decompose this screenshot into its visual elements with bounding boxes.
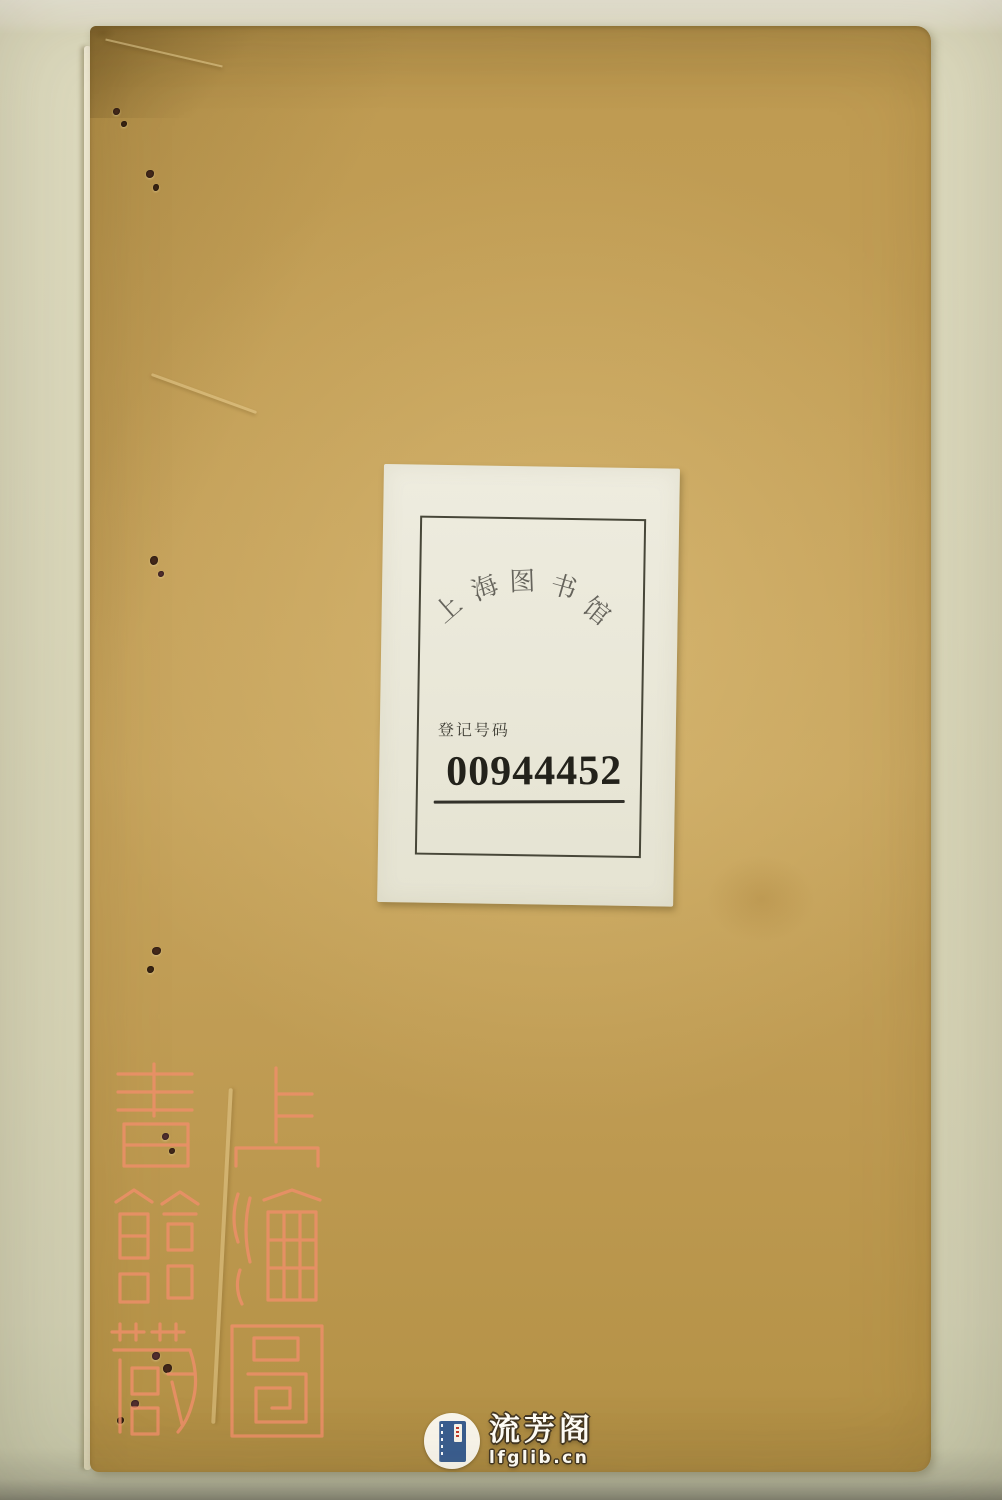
library-collection-seal [98, 1052, 336, 1444]
seal-char-shang [236, 1068, 318, 1166]
site-watermark: 流芳阁 lfglib.cn [424, 1413, 594, 1469]
seal-char-guan [116, 1190, 198, 1302]
seal-char-shu [118, 1064, 192, 1166]
registration-caption: 登记号码 [438, 717, 510, 740]
binding-hole [153, 184, 159, 191]
crumpled-corner [90, 26, 285, 118]
library-registration-label: 上 海 图 书 馆 登记号码 00944452 [377, 464, 680, 907]
binding-hole [150, 556, 158, 565]
site-url: lfglib.cn [489, 1448, 594, 1468]
book-title-slip-icon [454, 1424, 462, 1442]
registration-number: 00944452 [446, 747, 622, 796]
seal-char-tu [232, 1326, 322, 1436]
binding-hole [146, 170, 154, 178]
seal-glyphs [98, 1052, 336, 1444]
seal-char-hai [234, 1190, 320, 1304]
book-logo-icon [439, 1421, 466, 1462]
binding-hole [158, 571, 164, 577]
binding-hole [152, 947, 161, 955]
book-photo-scene: 上 海 图 书 馆 登记号码 00944452 流芳阁 lfglib.cn [0, 0, 1002, 1500]
binding-hole [121, 121, 127, 127]
seal-strokes [112, 1064, 322, 1436]
seal-char-cang [112, 1324, 196, 1434]
watermark-text: 流芳阁 lfglib.cn [489, 1413, 594, 1468]
paper-crease [151, 373, 257, 414]
site-name: 流芳阁 [489, 1413, 594, 1447]
cover-stain [686, 838, 836, 960]
site-logo [424, 1413, 480, 1469]
binding-hole [147, 966, 154, 973]
stamp-char: 图 [509, 561, 536, 599]
